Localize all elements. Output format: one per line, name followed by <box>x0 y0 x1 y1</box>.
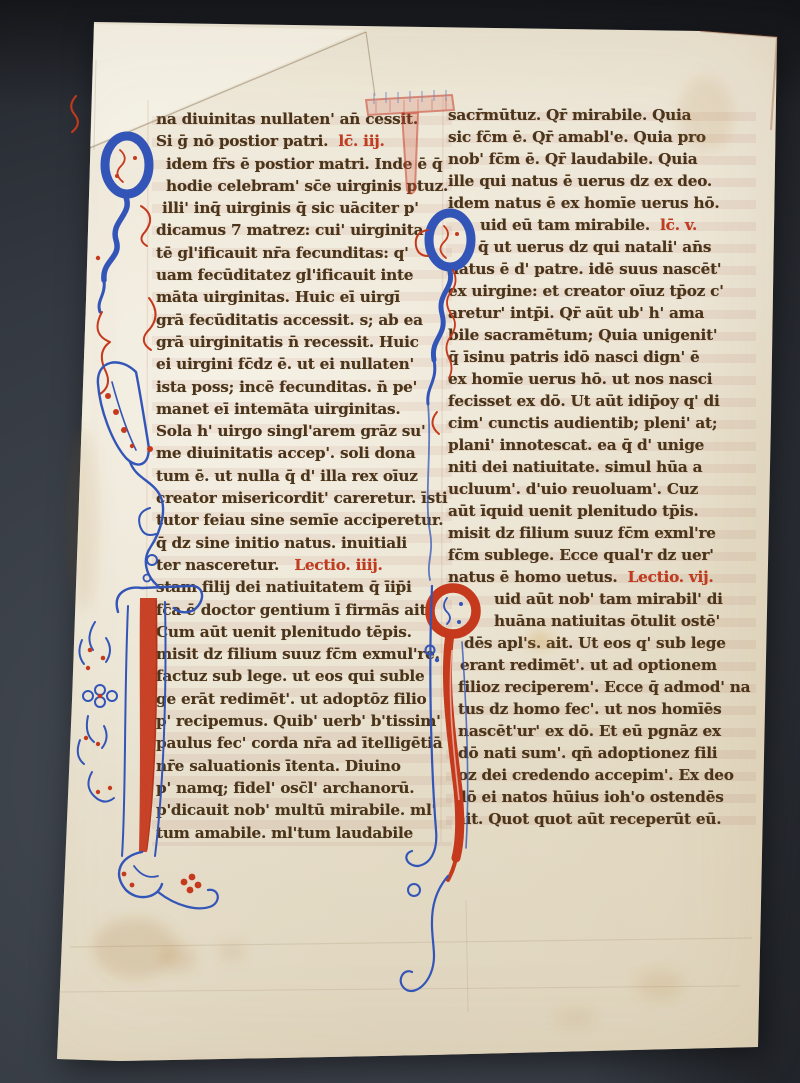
body-text: cim' cunctis audientib; pleni' at; <box>448 414 717 432</box>
body-text: uid aūt nob' tam mirabil' di <box>494 590 723 608</box>
photograph-backdrop: na diuinitas nullaten' an̄ cessit.Si ḡ n… <box>0 0 800 1083</box>
body-text: illi' inq̄ uirginis q̄ sic uāciter p' <box>162 199 419 217</box>
manuscript-text-line: erant redimēt'. ut ad optionem <box>460 654 760 676</box>
rubric-text: lc̄. v. <box>660 216 697 234</box>
manuscript-text-line: q̄ dz sine initio natus. inuitiali <box>156 532 468 554</box>
body-text: māta uirginitas. Huic eī uirgī <box>156 288 400 306</box>
body-text: fc̄m sublege. Ecce qual'r dz uer' <box>448 546 714 564</box>
body-text: idem fr̄s ē postior matri. Inde ē q̄ <box>166 155 442 173</box>
manuscript-text-line: me diuinitatis accep'. soli dona <box>156 442 468 464</box>
body-text: tē gl'ificauit nr̄a fecunditas: q' <box>156 244 409 262</box>
body-text: misit dz filium suuz fc̄m exmul're. <box>156 645 440 663</box>
body-text: huāna natiuitas ōtulit ostē' <box>494 612 720 630</box>
manuscript-text-line: ista poss; incē fecunditas. n̄ pe' <box>156 376 468 398</box>
manuscript-text-line: huāna natiuitas ōtulit ostē' <box>494 610 760 632</box>
manuscript-text-line: p'dicauit nob' multū mirabile. ml' <box>156 799 468 821</box>
manuscript-text-line: aretur' intp̄i. Qr̄ aūt ub' h' ama <box>448 302 760 324</box>
body-text: grā uirginitatis n̄ recessit. Huic <box>156 333 419 351</box>
manuscript-text-line: fc̄a ē doctor gentium ī firmās ait. <box>156 599 468 621</box>
manuscript-text-line: tus dz homo fec'. ut nos homīēs <box>458 698 760 720</box>
manuscript-text-line: nob' fc̄m ē. Qr̄ laudabile. Quia <box>448 148 760 170</box>
body-text: q̄ dz sine initio natus. inuitiali <box>156 534 407 552</box>
text-column-left: na diuinitas nullaten' an̄ cessit.Si ḡ n… <box>156 108 468 844</box>
body-text: ei uirgini fc̄dz ē. ut ei nullaten' <box>156 355 414 373</box>
manuscript-text-line: tutor feiau sine semīe acciperetur. <box>156 509 468 531</box>
body-text: nob' fc̄m ē. Qr̄ laudabile. Quia <box>448 150 697 168</box>
manuscript-text-line: tum amabile. ml'tum laudabile <box>156 822 468 844</box>
body-text: ille qui natus ē uerus dz ex deo. <box>448 172 712 190</box>
body-text: idem natus ē ex homīe uerus hō. <box>448 194 719 212</box>
body-text: tum amabile. ml'tum laudabile <box>156 824 413 842</box>
manuscript-text-line: niti dei natiuitate. simul hūa a <box>448 456 760 478</box>
manuscript-text-line: dēs apl's. ait. Ut eos q' sub lege <box>464 632 760 654</box>
manuscript-text-line: grā uirginitatis n̄ recessit. Huic <box>156 331 468 353</box>
manuscript-text-line: ex uirgine: et creator oīuz tp̄oz c' <box>448 280 760 302</box>
manuscript-text-line: uid eū tam mirabile. lc̄. v. <box>480 214 760 236</box>
body-text: erant redimēt'. ut ad optionem <box>460 656 717 674</box>
body-text: paulus fec' corda nr̄a ad ītelligētiā <box>156 734 442 752</box>
manuscript-text-line: stam filij dei natiuitatem q̄ īip̄i <box>156 576 468 598</box>
body-text: oz dei credendo accepim'. Ex deo <box>458 766 734 784</box>
manuscript-text-line: uid aūt nob' tam mirabil' di <box>494 588 760 610</box>
body-text: stam filij dei natiuitatem q̄ īip̄i <box>156 578 412 596</box>
body-text: ucluum'. d'uio reuoluam'. Cuz <box>448 480 698 498</box>
manuscript-text-line: q̄ ut uerus dz qui natali' an̄s <box>478 236 760 258</box>
body-text: dō nati sum'. qn̄ adoptionez fili <box>458 744 717 762</box>
body-text: filioz reciperem'. Ecce q̄ admod' na <box>458 678 750 696</box>
manuscript-text-line: fecisset ex dō. Ut aūt idip̄oy q' di <box>448 390 760 412</box>
manuscript-text-line: uam fecūditatez gl'ificauit inte <box>156 264 468 286</box>
body-text: ista poss; incē fecunditas. n̄ pe' <box>156 378 417 396</box>
body-text: nascēt'ur' ex dō. Et eū pgnāz ex <box>458 722 721 740</box>
manuscript-text-line: misit dz filium suuz fc̄m exmul're. <box>156 643 468 665</box>
body-text: ge erāt redimēt'. ut adoptōz filio <box>156 690 426 708</box>
manuscript-text-line: ge erāt redimēt'. ut adoptōz filio <box>156 688 468 710</box>
rubric-text: lc̄. iij. <box>338 132 384 150</box>
manuscript-text-line: tum ē. ut nulla q̄ d' illa rex oīuz <box>156 465 468 487</box>
body-text: Cum aūt uenit plenitudo tēpis. <box>156 623 412 641</box>
body-text: hodie celebram' sc̄e uirginis ptuz. <box>166 177 448 195</box>
body-text: manet eī intemāta uirginitas. <box>156 400 400 418</box>
body-text: fc̄a ē doctor gentium ī firmās ait. <box>156 601 431 619</box>
body-text: niti dei natiuitate. simul hūa a <box>448 458 702 476</box>
manuscript-text-line: ter nasceretur. Lectio. iiij. <box>156 554 468 576</box>
body-text: p' namq; fidel' osc̄l' archanorū. <box>156 779 414 797</box>
body-text: p'dicauit nob' multū mirabile. ml' <box>156 801 436 819</box>
body-text: plani' innotescat. ea q̄ d' unige <box>448 436 704 454</box>
manuscript-text-line: factuz sub lege. ut eos qui suble <box>156 665 468 687</box>
body-text: sic fc̄m ē. Qr̄ amabl'e. Quia pro <box>448 128 706 146</box>
manuscript-text-line: creator misericordit' careretur. īsti <box>156 487 468 509</box>
manuscript-text-line: ille qui natus ē uerus dz ex deo. <box>448 170 760 192</box>
manuscript-text-line: hodie celebram' sc̄e uirginis ptuz. <box>166 175 468 197</box>
manuscript-text-line: illi' inq̄ uirginis q̄ sic uāciter p' <box>162 197 468 219</box>
body-text: misit dz filium suuz fc̄m exml're <box>448 524 716 542</box>
body-text: me diuinitatis accep'. soli dona <box>156 444 415 462</box>
manuscript-text-line: filioz reciperem'. Ecce q̄ admod' na <box>458 676 760 698</box>
manuscript-text-line: sic fc̄m ē. Qr̄ amabl'e. Quia pro <box>448 126 760 148</box>
manuscript-text-line: p' namq; fidel' osc̄l' archanorū. <box>156 777 468 799</box>
body-text: Sola h' uirgo singl'arem grāz su' <box>156 422 425 440</box>
manuscript-text-line: bile sacramētum; Quia unigenit' <box>448 324 760 346</box>
manuscript-text-line: cim' cunctis audientib; pleni' at; <box>448 412 760 434</box>
body-text: na diuinitas nullaten' an̄ cessit. <box>156 110 418 128</box>
body-text: uam fecūditatez gl'ificauit inte <box>156 266 413 284</box>
manuscript-text-line: dō nati sum'. qn̄ adoptionez fili <box>458 742 760 764</box>
body-text: p' recipemus. Quib' uerb' b'tissim' <box>156 712 441 730</box>
text-column-right: sacr̄mūtuz. Qr̄ mirabile. Quiasic fc̄m ē… <box>448 104 760 830</box>
manuscript-text-line: misit dz filium suuz fc̄m exml're <box>448 522 760 544</box>
manuscript-text-line: tē gl'ificauit nr̄a fecunditas: q' <box>156 242 468 264</box>
manuscript-text-line: ei uirgini fc̄dz ē. ut ei nullaten' <box>156 353 468 375</box>
manuscript-text-line: aūt īquid uenit plenitudo tp̄is. <box>448 500 760 522</box>
manuscript-text-line: māta uirginitas. Huic eī uirgī <box>156 286 468 308</box>
body-text: sacr̄mūtuz. Qr̄ mirabile. Quia <box>448 106 691 124</box>
body-text: tum ē. ut nulla q̄ d' illa rex oīuz <box>156 467 418 485</box>
body-text: fecisset ex dō. Ut aūt idip̄oy q' di <box>448 392 720 410</box>
manuscript-text-line: fc̄m sublege. Ecce qual'r dz uer' <box>448 544 760 566</box>
body-text: q̄ ut uerus dz qui natali' an̄s <box>478 238 711 256</box>
manuscript-text-line: natus ē d' patre. idē suus nascēt' <box>448 258 760 280</box>
body-text: natus ē homo uetus. <box>448 568 628 586</box>
body-text: grā fecūditatis accessit. s; ab ea <box>156 311 423 329</box>
manuscript-text-line: sacr̄mūtuz. Qr̄ mirabile. Quia <box>448 104 760 126</box>
body-text: uid eū tam mirabile. <box>480 216 660 234</box>
body-text: dicamus 7 matrez: cui' uirginita <box>156 221 423 239</box>
manuscript-text-line: Si ḡ nō postior patri. lc̄. iij. <box>156 130 468 152</box>
body-text: Si ḡ nō postior patri. <box>156 132 338 150</box>
manuscript-text-line: grā fecūditatis accessit. s; ab ea <box>156 309 468 331</box>
manuscript-text-line: idem fr̄s ē postior matri. Inde ē q̄ <box>166 153 468 175</box>
manuscript-text-line: na diuinitas nullaten' an̄ cessit. <box>156 108 468 130</box>
manuscript-text-line: nascēt'ur' ex dō. Et eū pgnāz ex <box>458 720 760 742</box>
body-text: aūt īquid uenit plenitudo tp̄is. <box>448 502 698 520</box>
body-text: aretur' intp̄i. Qr̄ aūt ub' h' ama <box>448 304 704 322</box>
body-text: ex homīe uerus hō. ut nos nasci <box>448 370 712 388</box>
manuscript-text-line: q̄ īsinu patris idō nasci dign' ē <box>448 346 760 368</box>
manuscript-text-line: ex homīe uerus hō. ut nos nasci <box>448 368 760 390</box>
manuscript-text-line: nr̄e saluationis ītenta. Diuino <box>156 755 468 777</box>
body-text: natus ē d' patre. idē suus nascēt' <box>448 260 721 278</box>
body-text: ter nasceretur. <box>156 556 294 574</box>
body-text: tus dz homo fec'. ut nos homīēs <box>458 700 722 718</box>
body-text: ait. Quot quot aūt receperūt eū. <box>456 810 721 828</box>
body-text: factuz sub lege. ut eos qui suble <box>156 667 424 685</box>
manuscript-text-line: p' recipemus. Quib' uerb' b'tissim' <box>156 710 468 732</box>
body-text: ex uirgine: et creator oīuz tp̄oz c' <box>448 282 724 300</box>
manuscript-text-line: plani' innotescat. ea q̄ d' unige <box>448 434 760 456</box>
body-text: dēs apl's. ait. Ut eos q' sub lege <box>464 634 726 652</box>
body-text: creator misericordit' careretur. īsti <box>156 489 447 507</box>
manuscript-text-line: Cum aūt uenit plenitudo tēpis. <box>156 621 468 643</box>
manuscript-text-line: ucluum'. d'uio reuoluam'. Cuz <box>448 478 760 500</box>
manuscript-text-line: dō ei natos hūius ioh'o ostendēs <box>456 786 760 808</box>
body-text: nr̄e saluationis ītenta. Diuino <box>156 757 401 775</box>
rubric-text: Lectio. iiij. <box>294 556 382 574</box>
rubric-text: Lectio. vij. <box>628 568 714 586</box>
body-text: tutor feiau sine semīe acciperetur. <box>156 511 443 529</box>
body-text: bile sacramētum; Quia unigenit' <box>448 326 717 344</box>
body-text: q̄ īsinu patris idō nasci dign' ē <box>448 348 700 366</box>
manuscript-text-line: paulus fec' corda nr̄a ad ītelligētiā <box>156 732 468 754</box>
manuscript-text-line: dicamus 7 matrez: cui' uirginita <box>156 219 468 241</box>
manuscript-text-line: natus ē homo uetus. Lectio. vij. <box>448 566 760 588</box>
manuscript-text-line: manet eī intemāta uirginitas. <box>156 398 468 420</box>
manuscript-text-line: idem natus ē ex homīe uerus hō. <box>448 192 760 214</box>
body-text: dō ei natos hūius ioh'o ostendēs <box>456 788 724 806</box>
manuscript-text-line: oz dei credendo accepim'. Ex deo <box>458 764 760 786</box>
manuscript-text-line: Sola h' uirgo singl'arem grāz su' <box>156 420 468 442</box>
manuscript-text-line: ait. Quot quot aūt receperūt eū. <box>456 808 760 830</box>
